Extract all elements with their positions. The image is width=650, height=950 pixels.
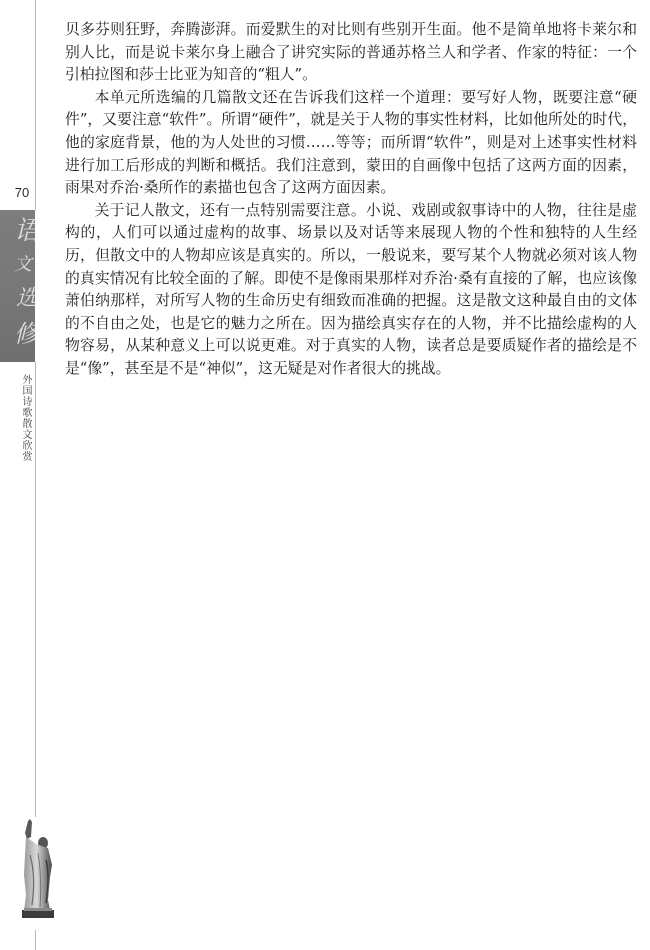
paragraph: 贝多芬则狂野，奔腾澎湃。而爱默生的对比则有些别开生面。他不是简单地将卡莱尔和别人… bbox=[65, 19, 637, 87]
body-text: 贝多芬则狂野，奔腾澎湃。而爱默生的对比则有些别开生面。他不是简单地将卡莱尔和别人… bbox=[65, 19, 637, 381]
series-title-char: 文 bbox=[14, 256, 35, 274]
series-title-char: 修 bbox=[14, 322, 35, 346]
paragraph: 本单元所选编的几篇散文还在告诉我们这样一个道理：要写好人物，既要注意“硬件”，又… bbox=[65, 87, 637, 200]
margin-rule-middle bbox=[35, 362, 36, 817]
page-number: 70 bbox=[12, 185, 32, 200]
margin-rule-bottom bbox=[35, 930, 36, 950]
series-title-char: 选 bbox=[16, 288, 35, 310]
series-title-block: 语 文 选 修 bbox=[0, 210, 35, 362]
series-title-char: 语 bbox=[14, 218, 35, 244]
book-subtitle: 外国诗歌散文欣赏 bbox=[19, 374, 31, 462]
margin-rule-top bbox=[35, 0, 36, 210]
paragraph: 关于记人散文，还有一点特别需要注意。小说、戏剧或叙事诗中的人物，往往是虚构的，人… bbox=[65, 200, 637, 381]
statue-figure-icon bbox=[10, 815, 55, 925]
